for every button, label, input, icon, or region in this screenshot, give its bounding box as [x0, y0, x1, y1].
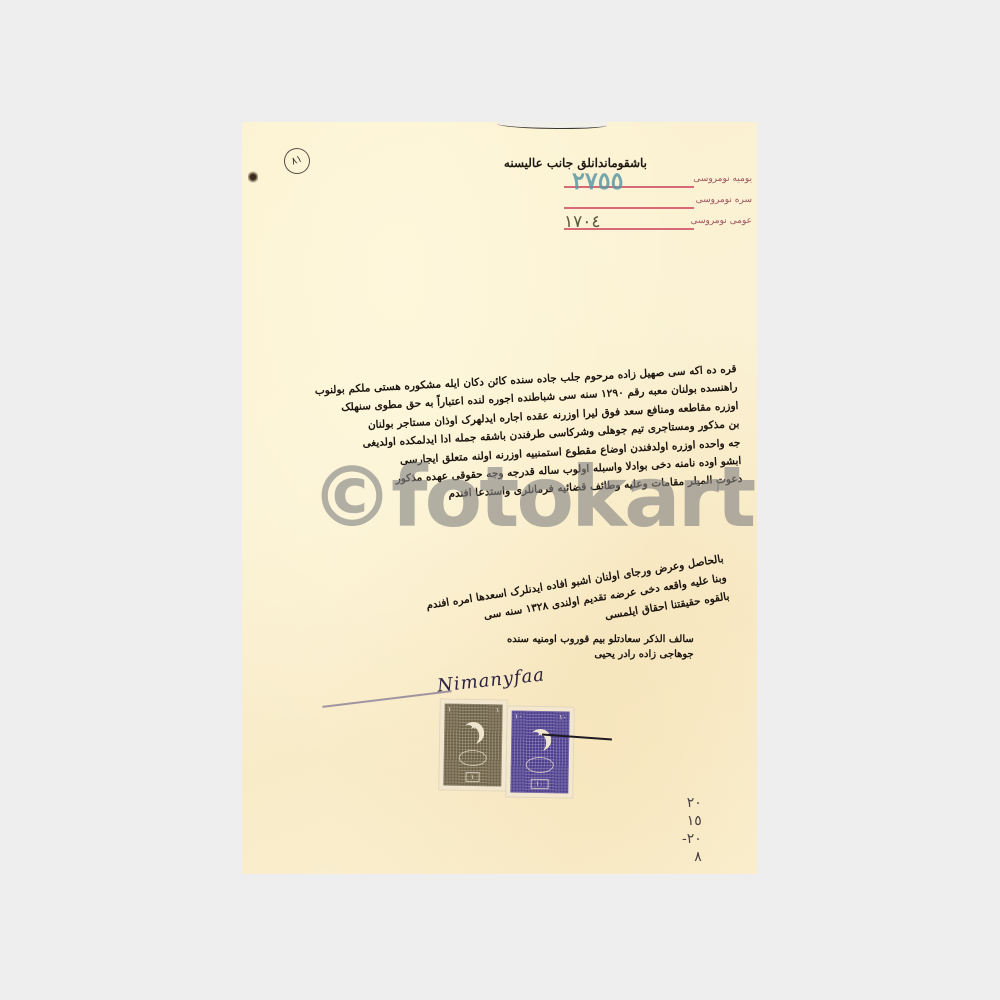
signature: Nimanyfaa: [436, 664, 546, 696]
registry-label-sequence: سرە نومروسی: [696, 195, 752, 205]
registry-block: ٢٧٥٥ یومیه نومروسی سرە نومروسی ١٧٠٤ عومی…: [564, 172, 754, 242]
registry-label-general: عومی نومروسی: [690, 216, 752, 226]
registry-row-general: ١٧٠٤ عومی نومروسی: [564, 214, 754, 235]
signatory-line: جوهاجی زاده رادر یحیی: [507, 649, 694, 660]
torn-edge: [497, 122, 607, 129]
registry-value-general: ١٧٠٤: [564, 212, 601, 232]
margin-notes: ٢٠ ١٥ ٢٠- ٨: [682, 794, 702, 866]
registry-value-daily: ٢٧٥٥: [572, 166, 624, 195]
registry-label-daily: یومیه نومروسی: [693, 174, 752, 184]
margin-note: ٨: [682, 848, 702, 866]
revenue-stamp-olive: ١ ١ ★ ١: [439, 699, 507, 790]
signatory-block: سالف الذکر سعادتلو بیم قوروب اومنیه سنده…: [507, 634, 694, 664]
registry-row-daily: ٢٧٥٥ یومیه نومروسی: [564, 172, 754, 193]
signatory-line: سالف الذکر سعادتلو بیم قوروب اومنیه سنده: [507, 634, 694, 645]
stamp-value-tablet: ١: [465, 772, 479, 782]
stamp-denomination: ١: [496, 706, 500, 714]
stamp-denomination: ١: [448, 706, 452, 714]
stamp-oval-emblem: [459, 750, 487, 766]
watermark: ©fotokart: [310, 455, 753, 539]
registry-rule: [564, 207, 694, 209]
stamp-face: ١ ١ ★ ١: [443, 704, 502, 787]
star-icon: ★: [469, 722, 477, 732]
stamp-face: ١٠ ١٠ ★ ١٠: [510, 711, 569, 794]
stamp-oval-emblem: [526, 757, 554, 773]
ink-blot: [248, 170, 258, 184]
stamp-value-tablet: ١٠: [531, 779, 549, 789]
margin-note: ٢٠: [682, 794, 702, 812]
registry-row-sequence: سرە نومروسی: [564, 193, 754, 214]
stamp-denomination: ١٠: [515, 713, 523, 721]
margin-note: ١٥: [682, 812, 702, 830]
folio-number: ٨١: [280, 144, 313, 177]
stamp-denomination: ١٠: [559, 713, 567, 721]
signature-flourish: [322, 690, 451, 708]
revenue-stamp-violet: ١٠ ١٠ ★ ١٠: [506, 706, 574, 797]
margin-note: ٢٠-: [682, 830, 702, 848]
